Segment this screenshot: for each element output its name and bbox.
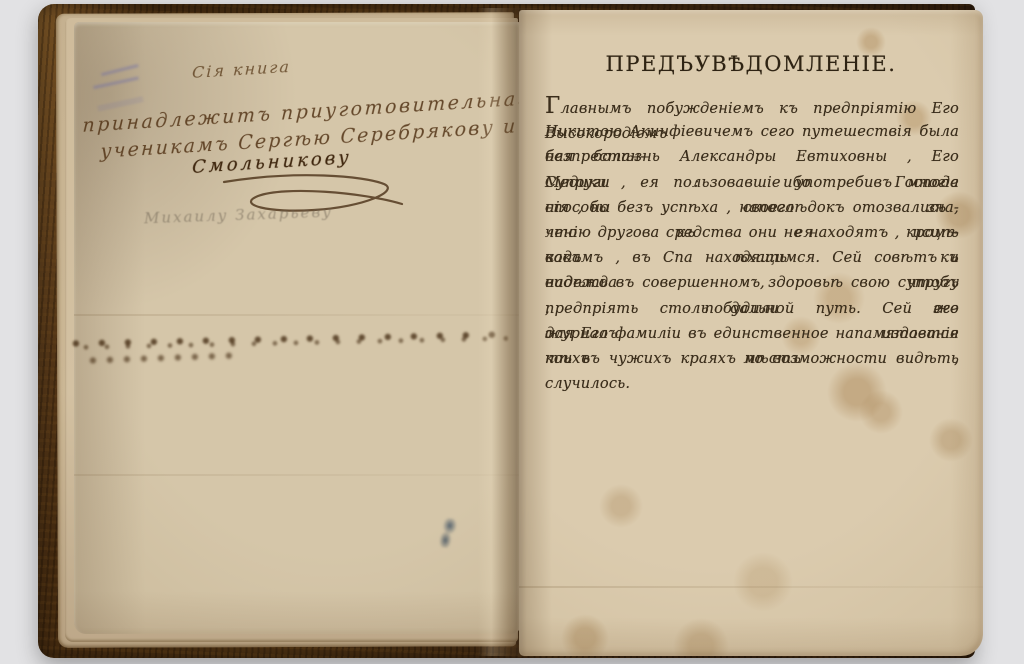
- printed-line: ная болѣзнь Александры Евтиховны , Его С…: [545, 144, 959, 169]
- printed-line: водамъ , въ Спа находящимся. Сей совѣтъ …: [545, 245, 959, 270]
- printed-line: ленію другова средства они не находятъ ,…: [545, 220, 959, 245]
- printed-line: видѣть въ совершенномъ здоровьѣ свою суп…: [545, 270, 959, 295]
- open-book-scan: Сія книга принадлежитъ приуготовительнаг…: [0, 0, 1024, 664]
- faded-ink-smudge: [88, 349, 239, 372]
- printed-line: Никитою Акинфіевичемъ сего путешествія б…: [545, 119, 959, 144]
- right-page: ПРЕДЪУВѢДОМЛЕНІЕ. Главнымъ побужденіемъ …: [519, 10, 983, 656]
- page-title: ПРЕДЪУВѢДОМЛЕНІЕ.: [545, 52, 957, 76]
- printed-line: Главнымъ побужденіемъ къ предпріятію Его…: [545, 94, 959, 119]
- printed-line: для Его фамиліи въ единственное напамято…: [545, 321, 959, 346]
- blue-ink-blot: [438, 517, 458, 549]
- printed-line: кои въ чужихъ краяхъ по возможности видѣ…: [545, 346, 959, 371]
- printed-line: Медики , ея пользовавшіе употребивъ мног…: [545, 170, 959, 195]
- printed-paragraph: Главнымъ побужденіемъ къ предпріятію Его…: [545, 94, 959, 371]
- left-page: Сія книга принадлежитъ приуготовительнаг…: [74, 22, 520, 634]
- handwritten-line-1: Сія книга: [192, 57, 292, 82]
- printed-line: нія , но безъ успѣха , напослѣдокъ отозв…: [545, 195, 959, 220]
- printed-line: предпріять столь дальной путь. Сей же жу…: [545, 296, 959, 321]
